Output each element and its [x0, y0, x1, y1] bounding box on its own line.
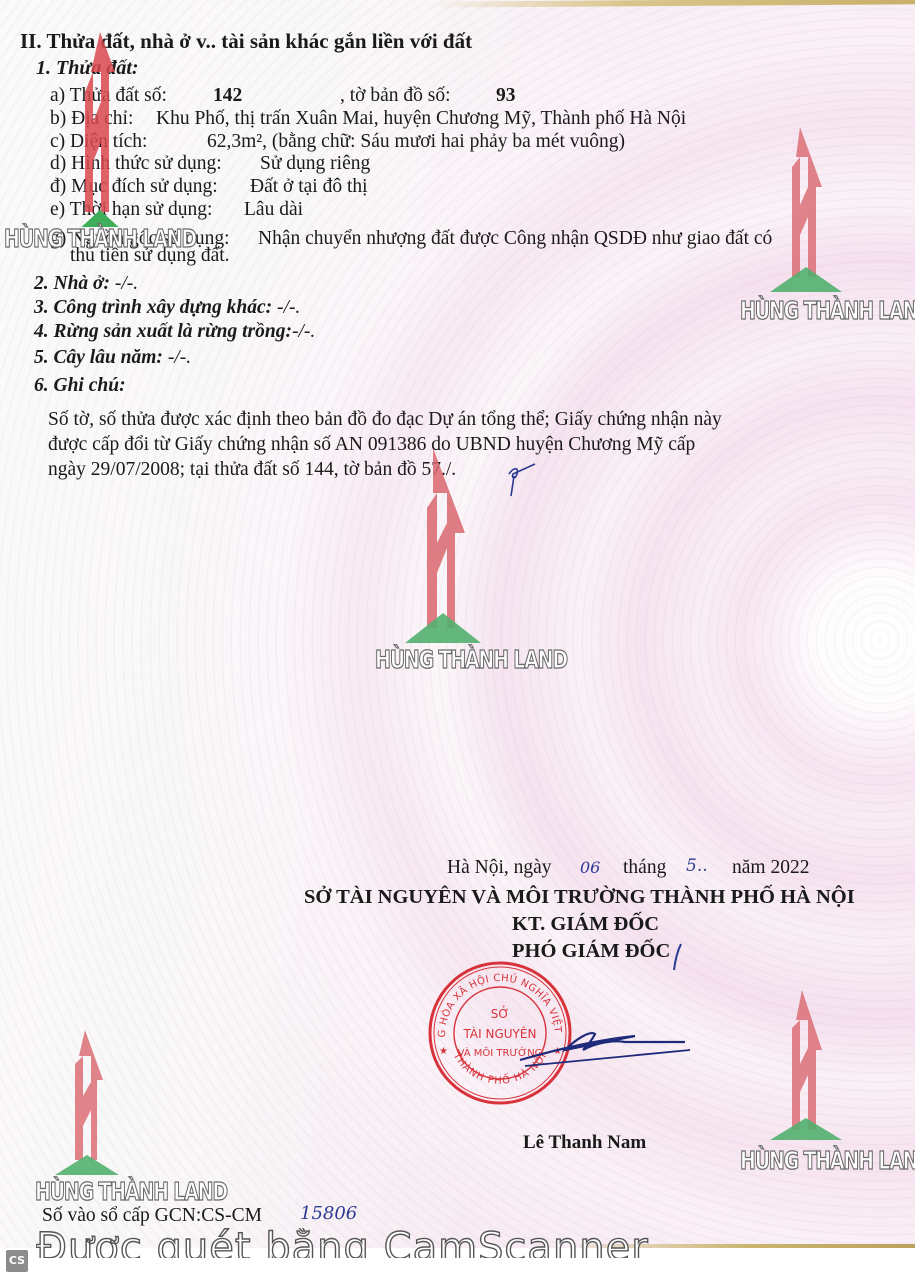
- notes-heading: 6. Ghi chú:: [34, 375, 126, 397]
- initials-signature-icon: [505, 460, 541, 500]
- date-year: năm 2022: [732, 857, 809, 879]
- perennial-tree-item: 5. Cây lâu năm: -/-.: [34, 347, 191, 369]
- address-value: Khu Phố, thị trấn Xuân Mai, huyện Chương…: [156, 108, 686, 130]
- usage-purpose-label: đ) Mục đích sử dụng:: [50, 176, 218, 198]
- svg-text:SỞ: SỞ: [491, 1005, 510, 1021]
- section-title: II. Thửa đất, nhà ở v.. tài sản khác gắn…: [20, 30, 472, 52]
- usage-purpose-value: Đất ở tại đô thị: [250, 176, 368, 198]
- address-label: b) Địa chỉ:: [50, 108, 133, 130]
- notes-line-3: ngày 29/07/2008; tại thửa đất số 144, tờ…: [48, 459, 456, 481]
- signer-name: Lê Thanh Nam: [523, 1132, 646, 1154]
- parcel-number-label: a) Thửa đất số:: [50, 85, 167, 106]
- usage-form-label: d) Hình thức sử dụng:: [50, 153, 222, 175]
- area-label: c) Diện tích:: [50, 131, 147, 153]
- registry-number: 15806: [300, 1203, 357, 1224]
- usage-term-value: Lâu dài: [244, 199, 303, 221]
- usage-origin-value-line2: thu tiền sử dụng đất.: [70, 245, 230, 267]
- land-parcel-heading: 1. Thửa đất:: [36, 57, 139, 79]
- svg-text:★: ★: [439, 1046, 448, 1057]
- signer-title-1: KT. GIÁM ĐỐC: [512, 913, 659, 935]
- parcel-number-row: a) Thửa đất số:: [50, 85, 167, 107]
- camscanner-logo-icon: CS: [6, 1250, 28, 1272]
- notes-line-2: được cấp đổi từ Giấy chứng nhận số AN 09…: [48, 434, 695, 456]
- production-forest-item: 4. Rừng sản xuất là rừng trồng:-/-.: [34, 321, 315, 343]
- registry-label: Số vào sổ cấp GCN:CS-CM: [42, 1205, 262, 1227]
- map-sheet-label: , tờ bản đồ số:: [340, 85, 451, 107]
- usage-term-label: e) Thời hạn sử dụng:: [50, 199, 212, 221]
- date-prefix: Hà Nội, ngày: [447, 857, 552, 879]
- issuing-agency: SỞ TÀI NGUYÊN VÀ MÔI TRƯỜNG THÀNH PHỐ HÀ…: [304, 886, 855, 908]
- date-month: 5..: [686, 856, 708, 876]
- signature-tick-icon: [671, 942, 685, 972]
- scanner-footer-text: Được quét bằng CamScanner: [36, 1228, 649, 1258]
- parcel-number-value: 142: [213, 85, 242, 107]
- other-construction-item: 3. Công trình xây dựng khác: -/-.: [34, 297, 300, 319]
- house-item: 2. Nhà ở: -/-.: [34, 273, 138, 295]
- usage-form-value: Sử dụng riêng: [260, 153, 370, 175]
- map-sheet-value: 93: [496, 85, 516, 107]
- area-value: 62,3m², (bằng chữ: Sáu mươi hai phảy ba …: [207, 131, 625, 153]
- notes-line-1: Số tờ, số thửa được xác định theo bản đồ…: [48, 409, 722, 431]
- usage-origin-value-line1: Nhận chuyển nhượng đất được Công nhận QS…: [258, 228, 772, 250]
- date-month-label: tháng: [623, 857, 666, 879]
- director-signature-icon: [515, 1020, 695, 1070]
- date-day: 06: [580, 858, 600, 877]
